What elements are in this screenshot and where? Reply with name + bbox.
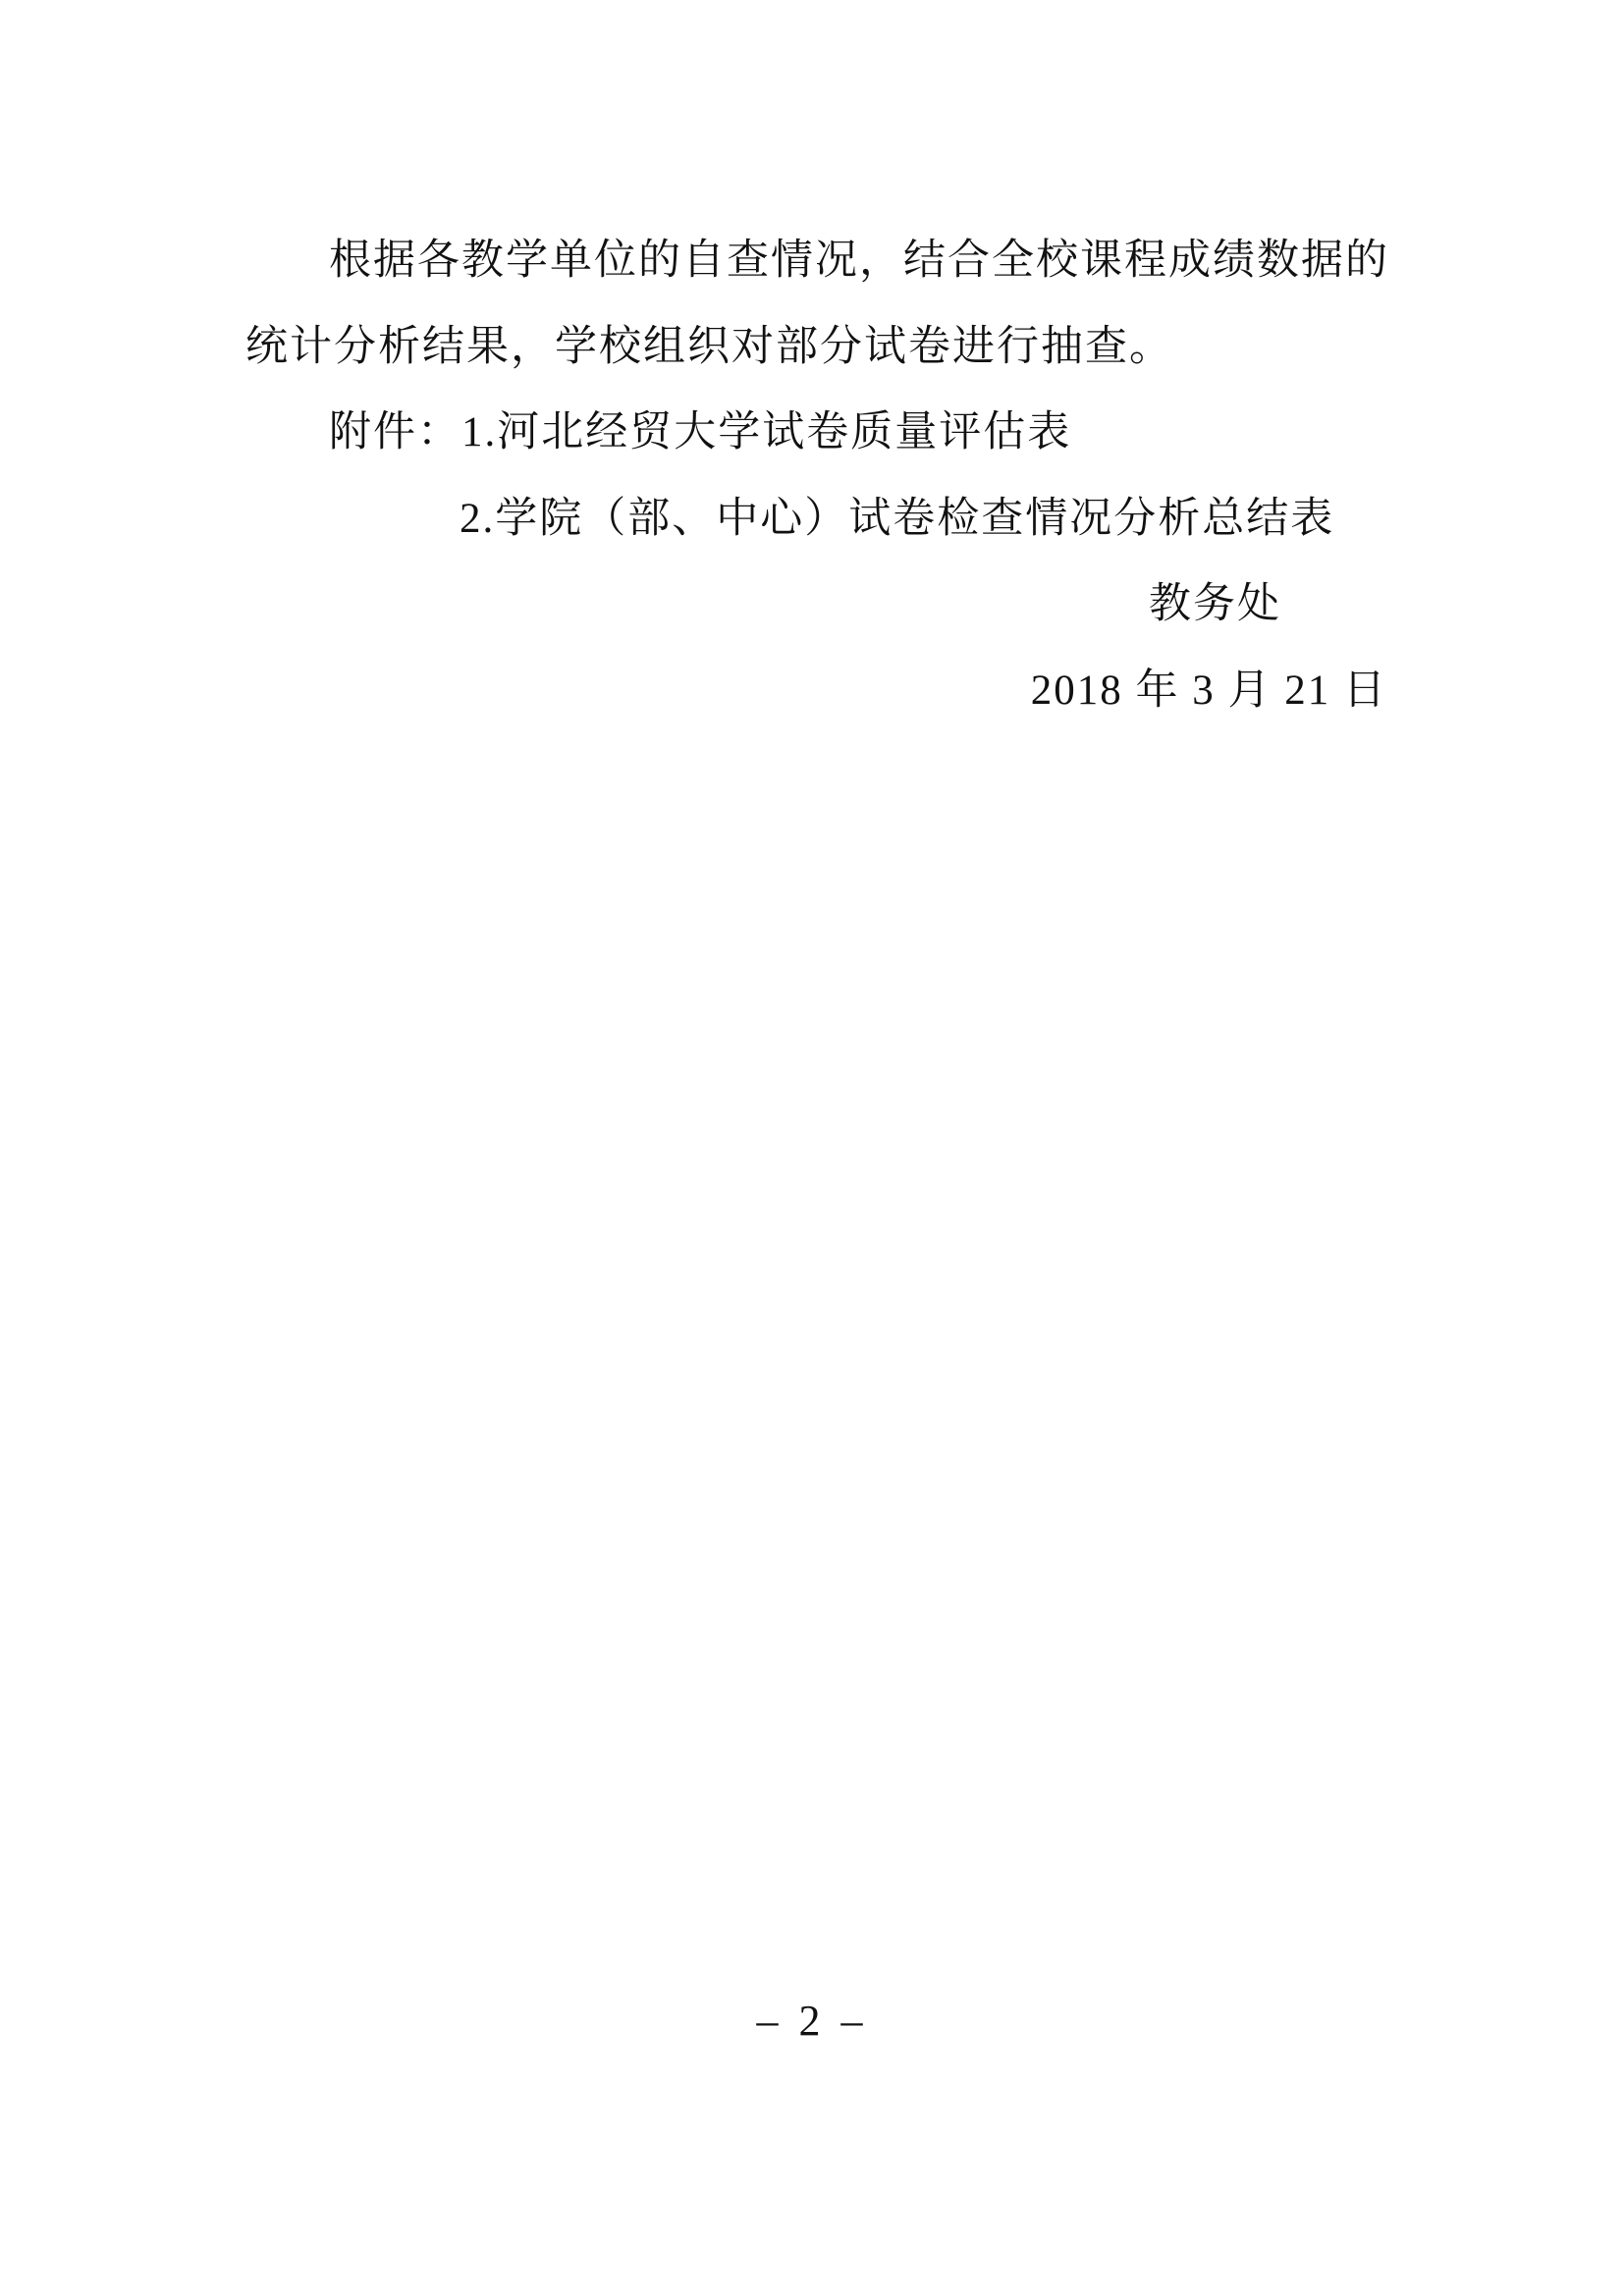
document-page: 根据各教学单位的自查情况，结合全校课程成绩数据的 统计分析结果，学校组织对部分试…	[0, 0, 1624, 2296]
paragraph-line-2: 统计分析结果，学校组织对部分试卷进行抽查。	[245, 304, 1387, 391]
attachments-line-1: 附件：1.河北经贸大学试卷质量评估表	[245, 390, 1387, 476]
signature-date: 2018 年 3 月 21 日	[245, 648, 1387, 734]
page-number: – 2 –	[0, 1998, 1624, 2045]
signature-department: 教务处	[245, 561, 1387, 648]
attachments-line-2: 2.学院（部、中心）试卷检查情况分析总结表	[245, 476, 1387, 562]
paragraph-line-1: 根据各教学单位的自查情况，结合全校课程成绩数据的	[245, 218, 1387, 304]
document-body: 根据各教学单位的自查情况，结合全校课程成绩数据的 统计分析结果，学校组织对部分试…	[245, 218, 1387, 733]
